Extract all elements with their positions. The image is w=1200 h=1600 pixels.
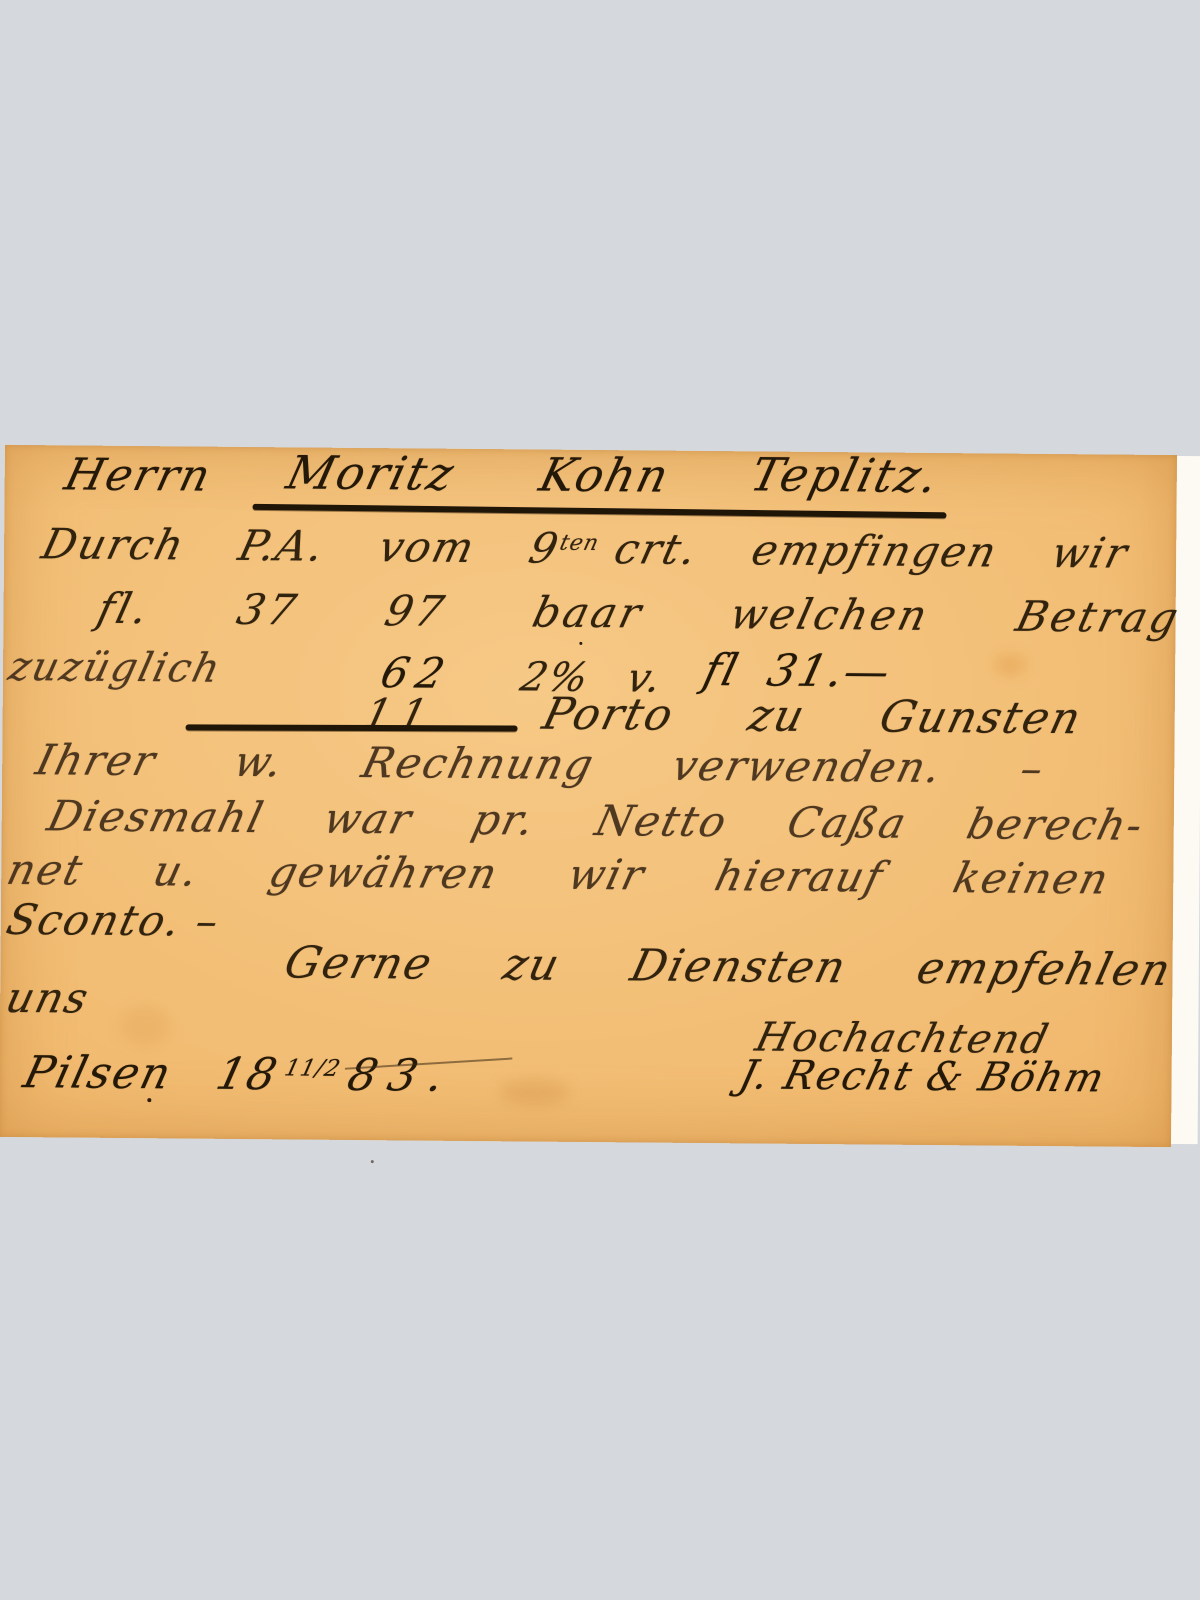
surcharge-amount: 62 [377, 652, 457, 695]
date-place-day: Pilsen 18 [19, 1047, 284, 1100]
paper-stain [499, 1079, 569, 1106]
recipient-name: Moritz Kohn [283, 449, 675, 498]
date-line: Pilsen 1811/283. [19, 1051, 460, 1099]
scan-stage: Herrn Moritz Kohn Teplitz. Durch P.A. vo… [0, 0, 1200, 1600]
body-line-regards: Gerne zu Diensten empfehlen [280, 941, 1176, 993]
ink-speck [579, 642, 582, 645]
surcharge-base: fl 31.— [699, 649, 896, 695]
scan-viewport: { "scan": { "background_color": "#d5d9dd… [0, 0, 1200, 1600]
body-line-amount: fl. 37 97 baar welchen Betrag [93, 588, 1184, 639]
ink-speck [371, 1160, 374, 1163]
body-line-received: Durch P.A. vom 9tencrt. empfingen wir [38, 523, 1133, 574]
body-line-no-discount: net u. gewähren wir hierauf keinen [3, 849, 1114, 901]
paper-stain [993, 654, 1027, 676]
recipient-place: Teplitz. [747, 451, 945, 499]
body-line-received-pre: Durch P.A. vom 9 [37, 519, 565, 572]
body-line-credit: Ihrer w. Rechnung verwenden. – [32, 739, 1049, 790]
body-line-received-post: crt. empfingen wir [610, 524, 1134, 577]
sum-rule [186, 724, 518, 731]
body-line-sconto: Sconto. – [3, 899, 225, 943]
date-year: 83. [343, 1050, 461, 1102]
recipient-prefix: Herrn [61, 453, 216, 498]
ordinal-superscript: ten [557, 531, 602, 556]
ink-speck [147, 1098, 151, 1102]
porto-text: Porto zu Gunsten [539, 693, 1087, 742]
paper-stain [120, 1006, 170, 1046]
surcharge-label: zuzüglich [5, 647, 226, 689]
signature-line: J. Recht & Böhm [735, 1055, 1109, 1098]
body-line-uns: uns [2, 977, 94, 1020]
letter-paper: Herrn Moritz Kohn Teplitz. Durch P.A. vo… [0, 445, 1177, 1147]
header-underline [252, 504, 946, 518]
body-line-netto-cassa: Diesmahl war pr. Netto Caßa berech- [44, 795, 1149, 846]
date-fraction: 11/2 [282, 1056, 344, 1082]
